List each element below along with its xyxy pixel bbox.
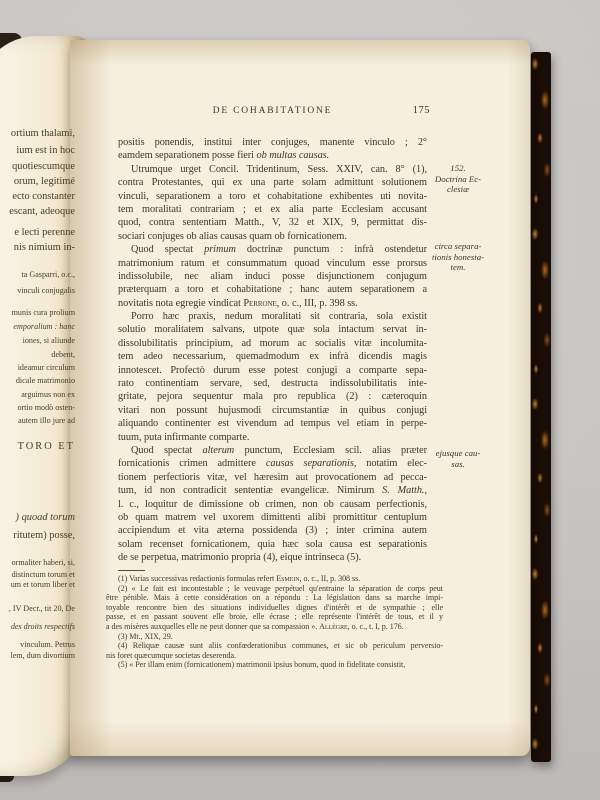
footnote-line: (4) Reliquæ causæ sunt aliis confœderati… xyxy=(106,641,443,651)
text-segment: Quod spectat xyxy=(131,445,203,456)
text-segment: , o. c., III, p. 398 ss. xyxy=(277,298,358,309)
body-line: præterquam a toro et cohabitatione ; han… xyxy=(118,283,427,296)
text-segment: eamdem separationem posse fieri xyxy=(118,150,257,161)
body-line: sociari conjuges ob alias causas quam ob… xyxy=(118,230,427,243)
margin-note-line: ejusque cau- xyxy=(430,448,486,459)
body-line: quod, contra sententiam Matth., V, 32 et… xyxy=(118,216,427,229)
text-segment: (1) Varias successivas redactionis formu… xyxy=(118,574,276,583)
text-segment: , o. c., t. I, p. 176. xyxy=(348,622,404,631)
body-line: Quod spectat alterum punctum, Ecclesiam … xyxy=(118,444,427,457)
body-line: aliquando continenter est vivendum ad te… xyxy=(118,417,427,430)
footnote-line: être pénible. Mais à cette considération… xyxy=(106,593,443,603)
footnote-line: (3) Mt., XIX, 29. xyxy=(106,632,443,642)
text-segment: Allègre xyxy=(319,622,348,631)
footnote-line: toyable rencontre bien des situations in… xyxy=(106,603,443,613)
text-segment: tum, id non contradicit sententiæ evange… xyxy=(118,485,382,496)
text-segment: causas separationis xyxy=(266,458,354,469)
text-segment: , o. c., II, p. 308 ss. xyxy=(300,574,361,583)
footnote-line: (2) « Le fait est incontestable ; le veu… xyxy=(106,584,443,594)
margin-note-line: 152. xyxy=(430,163,486,174)
body-text: positis ponendis, institui inter conjuge… xyxy=(118,136,427,565)
margin-note-line: circa separa- xyxy=(430,241,486,252)
text-segment: , notatim elec- xyxy=(354,458,427,469)
footnote-line: (5) « Per illam enim (fornicationem) mat… xyxy=(106,660,443,670)
footnote-separator xyxy=(118,570,145,571)
text-segment: , xyxy=(424,485,427,496)
body-line: solam recenset fornicationem, quia hæc s… xyxy=(118,538,427,551)
margin-note-line: clesiæ xyxy=(430,184,486,195)
body-line: solutio moralitatem salvans, utpote quæ … xyxy=(118,323,427,336)
body-line: rato continentiam servare, sed, destruct… xyxy=(118,377,427,390)
margin-note: circa separa-tionis honesta-tem. xyxy=(430,241,486,273)
body-line: tionem perfectioris vitæ, vel hæresim au… xyxy=(118,471,427,484)
body-line: fornicationis crimen admittere causas se… xyxy=(118,457,427,470)
text-segment: primum xyxy=(204,244,236,255)
footnotes: (1) Varias successivas redactionis formu… xyxy=(106,574,443,670)
text-segment: doctrinæ punctum : infrà ostendetur xyxy=(236,244,427,255)
text-segment: alterum xyxy=(203,445,235,456)
margin-note: ejusque cau-sas. xyxy=(430,448,486,469)
body-line: tuum, puta infirmante comparte. xyxy=(118,431,427,444)
body-line: Utrumque urget Concil. Tridentinum, Sess… xyxy=(118,163,427,176)
body-line: contra Protestantes, qui ex una parte so… xyxy=(118,176,427,189)
body-line: accipiendum et vita æterna possidenda (3… xyxy=(118,524,427,537)
text-segment: Perrone xyxy=(243,298,276,309)
margin-note: 152.Doctrina Ec-clesiæ xyxy=(430,163,486,195)
body-line: vinculi, separationem a toro et cohabita… xyxy=(118,190,427,203)
footnote-line: passe, et en passant souvent elle broie,… xyxy=(106,612,443,622)
body-line: Quod spectat primum doctrinæ punctum : i… xyxy=(118,243,427,256)
text-segment: S. Matth. xyxy=(382,485,424,496)
body-line: matrimonium ratum et consummatum quoad v… xyxy=(118,257,427,270)
text-segment: novitatis nota egregie vindicat xyxy=(118,298,243,309)
printed-content: DE COHABITATIONE 175 positis ponendis, i… xyxy=(0,0,600,800)
margin-note-line: sas. xyxy=(430,459,486,470)
body-line: de se perpetua, matrimonio propria (4), … xyxy=(118,551,427,564)
body-line: vitari non possunt hujusmodi circumstant… xyxy=(118,404,427,417)
body-line: l. c., loquitur de dimissione ob crimen,… xyxy=(118,498,427,511)
text-segment: Quod spectat xyxy=(131,244,204,255)
text-segment: Esmein xyxy=(276,574,299,583)
body-line: indissolubile, nec aliam induci posse di… xyxy=(118,270,427,283)
body-line: novitatis nota egregie vindicat Perrone,… xyxy=(118,297,427,310)
margin-note-line: Doctrina Ec- xyxy=(430,174,486,185)
footnote-line: (1) Varias successivas redactionis formu… xyxy=(106,574,443,584)
footnote-line: nis foret quæcumque societas deserenda. xyxy=(106,651,443,661)
chapter-title: DE COHABITATIONE xyxy=(118,106,427,116)
body-line: gritate, pejora sequentur mala pro repub… xyxy=(118,390,427,403)
body-line: positis ponendis, institui inter conjuge… xyxy=(118,136,427,149)
body-line: tum, id non contradicit sententiæ evange… xyxy=(118,484,427,497)
text-segment: punctum, Ecclesiam scil. alias præter xyxy=(234,445,427,456)
body-line: dissolubilitatis principium, ad morum ac… xyxy=(118,337,427,350)
text-segment: a des misères auxquelles elle ne peut do… xyxy=(106,622,319,631)
body-line: Porro hæc praxis, nedum moralitati sit c… xyxy=(118,310,427,323)
body-line: innotescet. Profectò durum esse potest c… xyxy=(118,364,427,377)
running-header: DE COHABITATIONE 175 xyxy=(118,106,427,122)
margin-note-line: tem. xyxy=(430,262,486,273)
page-number: 175 xyxy=(413,105,430,116)
text-segment: ob multas causas. xyxy=(257,150,330,161)
margin-note-line: tionis honesta- xyxy=(430,252,486,263)
body-line: tem moralitati contrariam ; et ex alia p… xyxy=(118,203,427,216)
footnote-line: a des misères auxquelles elle ne peut do… xyxy=(106,622,443,632)
text-segment: fornicationis crimen admittere xyxy=(118,458,266,469)
body-line: eamdem separationem posse fieri ob multa… xyxy=(118,149,427,162)
body-line: ob quam matrem vel uxorem dimittenti ali… xyxy=(118,511,427,524)
body-line: tem adeo necessarium, quemadmodum ex inf… xyxy=(118,350,427,363)
